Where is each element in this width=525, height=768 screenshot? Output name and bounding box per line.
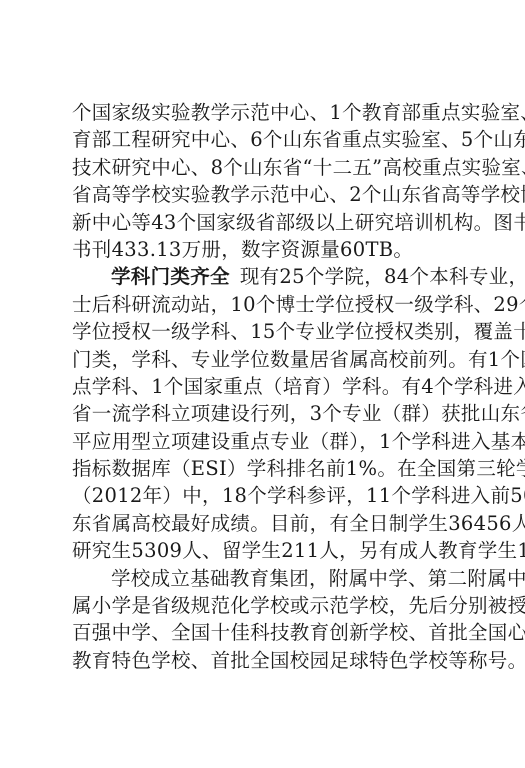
text-line: 个国家级实验教学示范中心、1个教育部重点实验室、1个教 (72, 99, 456, 126)
paragraph-basic-education: 学校成立基础教育集团，附属中学、第二附属中学、附 属小学是省级规范化学校或示范学… (72, 565, 456, 675)
text-line: 技术研究中心、8个山东省“十二五”高校重点实验室、7个 (72, 154, 456, 181)
text-run: 现有25个学院，84个本科专业，9个博 (240, 265, 525, 288)
text-line: （2012年）中，18个学科参评，11个学科进入前50%，是山 (72, 482, 456, 509)
text-line: 学校成立基础教育集团，附属中学、第二附属中学、附 (72, 565, 456, 592)
text-line: 书刊433.13万册，数字资源量60TB。 (72, 236, 456, 263)
text-line: 士后科研流动站，10个博士学位授权一级学科、29个硕士 (72, 291, 456, 318)
text-line: 百强中学、全国十佳科技教育创新学校、首批全国心理健康 (72, 619, 456, 646)
document-page: 个国家级实验教学示范中心、1个教育部重点实验室、1个教 育部工程研究中心、6个山… (0, 0, 525, 768)
text-line: 属小学是省级规范化学校或示范学校，先后分别被授予中国 (72, 592, 456, 619)
text-line: 学科门类齐全现有25个学院，84个本科专业，9个博 (72, 263, 456, 290)
text-line: 省一流学科立项建设行列，3个专业（群）获批山东省高水 (72, 400, 456, 427)
text-line: 平应用型立项建设重点专业（群），1个学科进入基本科学 (72, 428, 456, 455)
text-line: 指标数据库（ESI）学科排名前1%。在全国第三轮学科评估 (72, 455, 456, 482)
text-line: 研究生5309人、留学生211人，另有成人教育学生19390人。 (72, 537, 456, 564)
text-line: 点学科、1个国家重点（培育）学科。有4个学科进入山东 (72, 373, 456, 400)
text-line: 省高等学校实验教学示范中心、2个山东省高等学校协同创 (72, 181, 456, 208)
paragraph-disciplines: 学科门类齐全现有25个学院，84个本科专业，9个博 士后科研流动站，10个博士学… (72, 263, 456, 564)
text-line: 学位授权一级学科、15个专业学位授权类别，覆盖十大学科 (72, 318, 456, 345)
body-text: 个国家级实验教学示范中心、1个教育部重点实验室、1个教 育部工程研究中心、6个山… (72, 99, 456, 674)
section-heading: 学科门类齐全 (111, 265, 230, 288)
text-line: 教育特色学校、首批全国校园足球特色学校等称号。山东师 (72, 647, 456, 674)
text-line: 门类，学科、专业学位数量居省属高校前列。有1个国家重 (72, 346, 456, 373)
text-line: 新中心等43个国家级省部级以上研究培训机构。图书馆馆藏 (72, 209, 456, 236)
text-line: 育部工程研究中心、6个山东省重点实验室、5个山东省工程 (72, 126, 456, 153)
text-line: 东省属高校最好成绩。目前，有全日制学生36456人，其中 (72, 510, 456, 537)
paragraph-research-institutions: 个国家级实验教学示范中心、1个教育部重点实验室、1个教 育部工程研究中心、6个山… (72, 99, 456, 263)
